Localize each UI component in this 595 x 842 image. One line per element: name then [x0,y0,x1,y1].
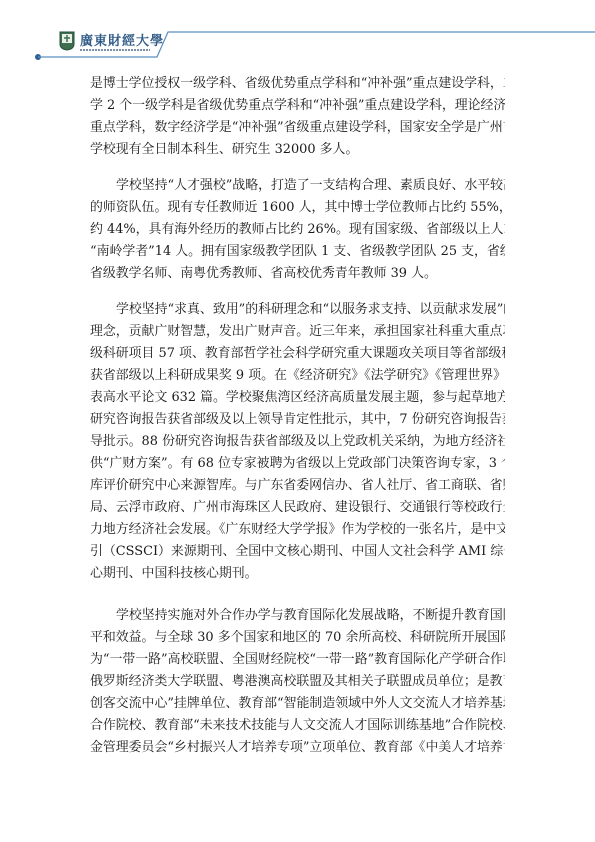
paragraph-4-line: 学校坚持实施对外合作办学与教育国际化发展战略，不断提升教育国际化的程度、水 [116,607,505,625]
paragraph-2-line: 省级教学名师、南粤优秀教师、省高校优秀青年教师 39 人。 [90,265,505,283]
paragraph-4-line: 俄罗斯经济类大学联盟、粤港澳高校联盟及其相关子联盟成员单位；是教育部“中美青年 [90,673,505,691]
paragraph-3-line: 供“广财方案”。有 68 位专家被聘为省级以上党政部门决策咨询专家，3 个智库入… [90,455,505,473]
paragraph-2-line: “南岭学者”14 人。拥有国家级教学团队 1 支、省级教学团队 25 支，省级科… [90,243,505,261]
university-logo-name: 廣東財經大學 [80,30,164,49]
paragraph-2-line: 约 44%，具有海外经历的教师占比约 26%。现有国家级、省部级以上人才近 70… [90,221,505,239]
paragraph-3-line: 获省部级以上科研成果奖 9 项。在《经济研究》《法学研究》《管理世界》等核心刊物… [90,367,505,385]
paragraph-3-line: 引（CSSCI）来源期刊、全国中文核心期刊、中国人文社会科学 AMI 综合评价（… [90,543,505,561]
paragraph-3-line: 理念，贡献广财智慧，发出广财声音。近三年来，承担国家社科重大重点项目 4 项、国… [90,323,505,341]
paragraph-4-line: 金管理委员会“乡村振兴人才培养专项”立项单位、教育部《中美人才培养计划》121 … [90,739,505,757]
paragraph-4-line: 平和效益。与全球 30 多个国家和地区的 70 余所高校、科研院所开展国际化教育… [90,629,505,647]
paragraph-3-line: 研究咨询报告获省部级及以上领导肯定性批示，其中，7 份研究咨询报告获得中央主要领 [90,411,505,429]
university-crest-icon [59,31,75,51]
paragraph-3-line: 力地方经济社会发展。《广东财经大学学报》作为学校的一张名片，是中文社会科学引文索 [90,521,505,539]
paragraph-2-line: 的师资队伍。现有专任教师近 1600 人，其中博士学位教师占比约 55%，高级职… [90,199,505,217]
paragraph-1-line: 学 2 个一级学科是省级优势重点学科和“冲补强”重点建设学科，理论经济学是省级特… [90,97,505,115]
paragraph-3-line: 表高水平论文 632 篇。学校聚焦湾区经济高质量发展主题，参与起草地方法规 3 … [90,389,505,407]
paragraph-3-line: 学校坚持“求真、致用”的科研理念和“以服务求支持、以贡献求发展”的社会服务 [116,301,505,319]
paragraph-1-line: 学校现有全日制本科生、研究生 32000 多人。 [90,141,505,159]
paragraph-3-line: 库评价研究中心来源智库。与广东省委网信办、省人社厅、省工商联、省财政厅、省政数 [90,477,505,495]
paragraph-2-line: 学校坚持“人才强校”战略，打造了一支结构合理、素质良好、水平较高、富有活力 [116,177,505,195]
paragraph-4-line: 创客交流中心”挂牌单位、教育部“智能制造领域中外人文交流人才培养基地项目”筹建 [90,695,505,713]
paragraph-3-line: 心期刊、中国科技核心期刊。 [90,565,505,583]
paragraph-3-line: 导批示。88 份研究咨询报告获省部级及以上党政机关采纳，为地方经济社会高质量发展… [90,433,505,451]
paragraph-4-line: 合作院校、教育部“未来技术技能与人文交流人才国际训练基地”合作院校、国家留学基 [90,717,505,735]
paragraph-3-line: 局、云浮市政府、广州市海珠区人民政府、建设银行、交通银行等校政行企深化合作，助 [90,499,505,517]
paragraph-1-line: 重点学科，数字经济学是“冲补强”省级重点建设学科，国家安全学是广州市重点学科。 [90,119,505,137]
university-logo-subtitle [80,49,150,51]
paragraph-4-line: 为“一带一路”高校联盟、全国财经院校“一带一路”教育国际化产学研合作联盟、中国- [90,651,505,669]
paragraph-1-line: 是博士学位授权一级学科、省级优势重点学科和“冲补强”重点建设学科，工商管理和法 [90,75,505,93]
page-header: 廣東財經大學 [0,0,595,70]
paragraph-3-line: 级科研项目 57 项、教育部哲学社会科学研究重大课题攻关项目等省部级科研项目 2… [90,345,505,363]
